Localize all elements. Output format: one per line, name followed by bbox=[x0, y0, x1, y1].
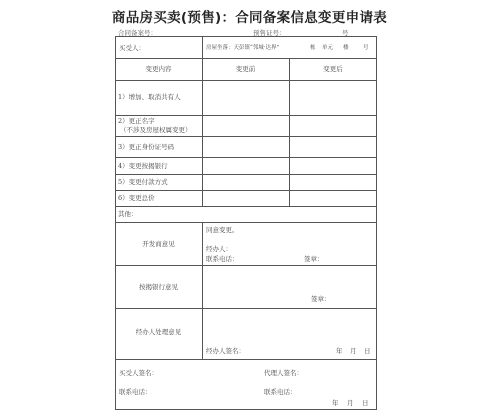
agent-phone-label: 联系电话： bbox=[264, 388, 297, 396]
other-label: 其他： bbox=[118, 210, 138, 218]
footer-month: 月 bbox=[347, 399, 354, 407]
row-divider bbox=[115, 58, 377, 59]
form-title: 商品房买卖(预售)：合同备案信息变更申请表 bbox=[0, 6, 499, 26]
floor-label: 楼 bbox=[343, 44, 349, 52]
row-divider bbox=[115, 174, 377, 175]
row-divider bbox=[115, 265, 377, 266]
row-divider bbox=[115, 136, 377, 137]
row-divider bbox=[115, 80, 377, 81]
row-divider bbox=[115, 206, 377, 207]
col-divider bbox=[289, 58, 290, 206]
change-item-1: 1）增加、取消共有人 bbox=[118, 93, 181, 101]
developer-seal-label: 签章： bbox=[304, 255, 324, 263]
change-item-2: 2）更正名字 bbox=[118, 117, 155, 125]
row-divider bbox=[115, 190, 377, 191]
location-label: 房屋坐落：天彭镇“邻城·达界” bbox=[206, 44, 279, 52]
footer-year: 年 bbox=[332, 399, 339, 407]
col-header-before: 变更前 bbox=[202, 65, 289, 73]
building-label: 栋 bbox=[310, 44, 316, 52]
change-item-6: 6）变更总价 bbox=[118, 194, 155, 202]
room-label: 号 bbox=[363, 44, 369, 52]
row-divider bbox=[115, 115, 377, 116]
developer-opinion-label: 开发商意见 bbox=[115, 240, 202, 248]
bank-opinion-label: 按揭银行意见 bbox=[115, 283, 202, 291]
change-item-4: 4）变更按揭银行 bbox=[118, 162, 168, 170]
row-divider bbox=[115, 308, 377, 309]
col-divider bbox=[202, 58, 203, 206]
buyer-sign-label: 买受人签名： bbox=[119, 369, 158, 377]
footer-day: 日 bbox=[362, 399, 369, 407]
col-header-change-content: 变更内容 bbox=[115, 65, 202, 73]
clerk-month: 月 bbox=[350, 347, 357, 355]
unit-label: 单元 bbox=[322, 44, 333, 52]
bank-seal-label: 签章： bbox=[311, 295, 331, 303]
col-header-after: 变更后 bbox=[289, 65, 377, 73]
col-divider bbox=[202, 222, 203, 359]
buyer-label: 买受人： bbox=[119, 44, 145, 52]
clerk-sign-label: 经办人签名： bbox=[206, 347, 245, 355]
agent-sign-label: 代理人签名： bbox=[264, 369, 303, 377]
buyer-phone-label: 联系电话： bbox=[119, 388, 152, 396]
row-divider bbox=[115, 222, 377, 223]
developer-handler-label: 经办人： bbox=[206, 245, 232, 253]
row-divider bbox=[115, 157, 377, 158]
change-item-5: 5）变更付款方式 bbox=[118, 178, 168, 186]
col-divider bbox=[202, 36, 203, 58]
change-item-2-sub: （不涉及房屋权属变更） bbox=[120, 126, 192, 134]
clerk-day: 日 bbox=[364, 347, 371, 355]
row-divider bbox=[115, 359, 377, 360]
clerk-opinion-label: 经办人处理意见 bbox=[115, 328, 202, 336]
change-item-3: 3）更正身份证号码 bbox=[118, 143, 174, 151]
developer-phone-label: 联系电话： bbox=[206, 255, 239, 263]
developer-agree-text: 同意变更。 bbox=[206, 226, 239, 234]
clerk-year: 年 bbox=[336, 347, 343, 355]
